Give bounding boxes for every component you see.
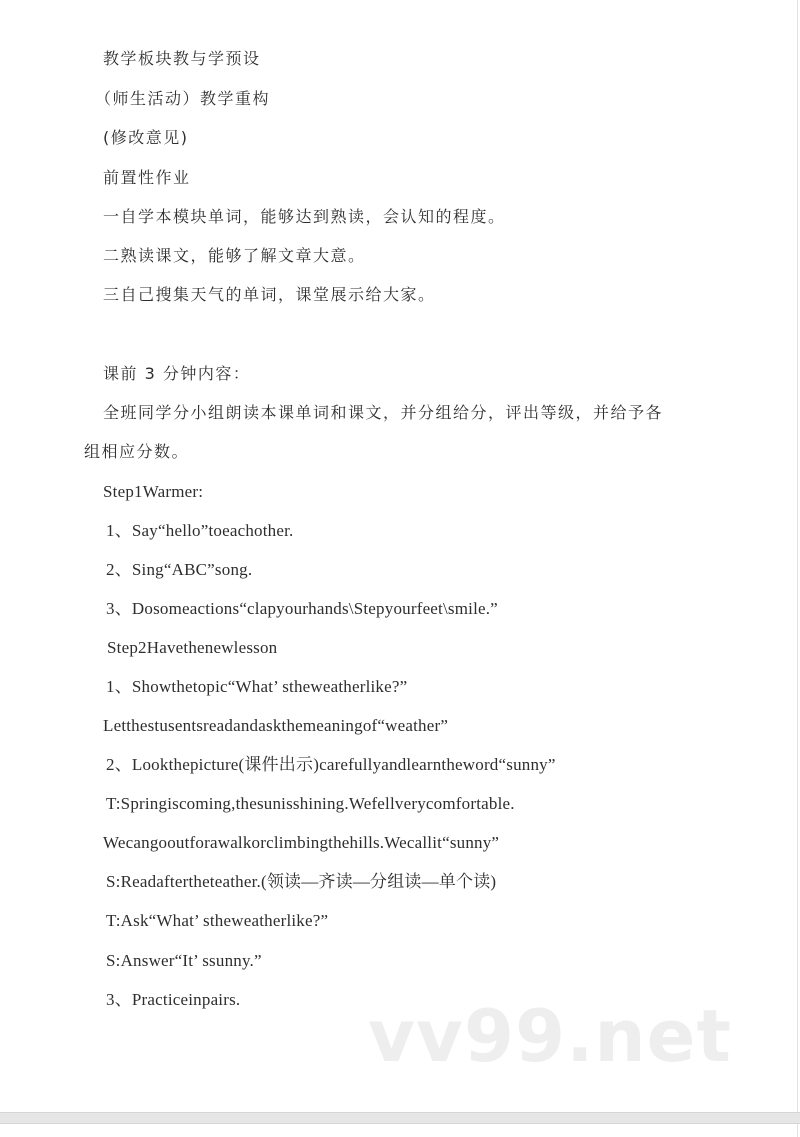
text-line: T:Springiscoming,thesunisshining.Wefellv… [106, 793, 515, 815]
text-line: 3、Practiceinpairs. [106, 989, 240, 1011]
text-line: （师生活动）教学重构 [95, 88, 270, 110]
text-line: 二熟读课文，能够了解文章大意。 [103, 245, 366, 267]
text-line: Wecangooutforawalkorclimbingthehills.Wec… [103, 832, 499, 854]
text-line: T:Ask“What’ stheweatherlike?” [106, 910, 328, 932]
text-line: 2、Sing“ABC”song. [106, 559, 252, 581]
text-line: 组相应分数。 [84, 441, 189, 463]
text-line: 1、Showthetopic“What’ stheweatherlike?” [106, 676, 407, 698]
document-page: 教学板块教与学预设（师生活动）教学重构(修改意见)前置性作业一自学本模块单词，能… [0, 0, 798, 1112]
text-line: 课前 3 分钟内容： [103, 363, 250, 385]
watermark: vv99.net [368, 996, 732, 1076]
text-line: 3、Dosomeactions“clapyourhands\Stepyourfe… [106, 598, 498, 620]
next-page-top [0, 1124, 798, 1137]
text-line: Step1Warmer: [103, 481, 203, 503]
text-line: 全班同学分小组朗读本课单词和课文，并分组给分，评出等级，并给予各 [103, 402, 663, 424]
text-line: (修改意见) [103, 127, 189, 149]
text-line: 一自学本模块单词，能够达到熟读，会认知的程度。 [103, 206, 506, 228]
text-line: S:Answer“It’ ssunny.” [106, 950, 262, 972]
text-line: 前置性作业 [103, 167, 191, 189]
text-line: S:Readaftertheteather.(领读—齐读—分组读—单个读) [106, 871, 496, 893]
text-line: 2、Lookthepicture(课件出示)carefullyandlearnt… [106, 754, 556, 776]
text-line: 1、Say“hello”toeachother. [106, 520, 293, 542]
page-separator [0, 1112, 800, 1124]
text-line: Letthestusentsreadandaskthemeaningof“wea… [103, 715, 448, 737]
text-line: Step2Havethenewlesson [107, 637, 277, 659]
text-line: 三自己搜集天气的单词，课堂展示给大家。 [103, 284, 436, 306]
text-line: 教学板块教与学预设 [103, 48, 261, 70]
